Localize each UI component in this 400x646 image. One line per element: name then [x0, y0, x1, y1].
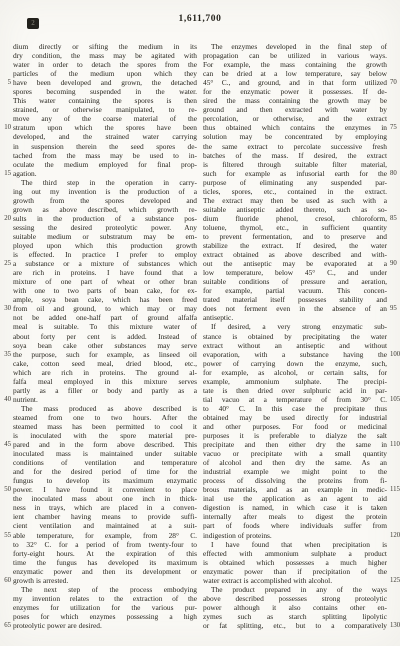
text-line: the inoculated mass about one inch in th… [13, 494, 197, 503]
text-line: toluene, thymol, etc., in sufficient qua… [203, 223, 387, 232]
text-line: a substance or a mixture of substances w… [13, 259, 197, 268]
text-line: grown as above described, which growth r… [13, 205, 197, 214]
text-line: sults in the production of a substance p… [13, 214, 197, 223]
text-line: precipitate and then either dry the same… [203, 440, 387, 449]
text-line: with one to two parts of bean cake, for … [13, 286, 197, 295]
text-line: have been developed and grown, the detac… [13, 78, 197, 87]
text-line: ness in trays, which are placed in a con… [13, 503, 197, 512]
margin-line-number: 105 [390, 395, 400, 404]
text-line: oculate the medium employed for final pr… [13, 160, 197, 169]
text-line: stabilize the extract. If desired, the w… [203, 241, 387, 250]
text-line: The next step of the process embodying [13, 585, 197, 594]
text-line: vacuo or precipitate with a small quanti… [203, 449, 387, 458]
text-line: batches of the mass. If desired, the ext… [203, 151, 387, 160]
text-line: are rich in proteins. I have found that … [13, 268, 197, 277]
text-line: enzymatic power than if precipitation of… [203, 567, 387, 576]
margin-line-number: 20 [0, 214, 11, 223]
text-line: pared and in the form above described. T… [13, 440, 197, 449]
text-line: for example, as alcohol, or certain salt… [203, 368, 387, 377]
text-line: and other purposes. For food or medicina… [203, 422, 387, 431]
text-line: enzymatic power and then its development… [13, 567, 197, 576]
text-line: for the enzymatic power it possesses. If… [203, 87, 387, 96]
text-line: example, ammonium sulphate. The precipi- [203, 377, 387, 386]
margin-line-number: 30 [0, 304, 11, 313]
text-line: stance is obtained by precipitating the … [203, 332, 387, 341]
margin-line-number: 100 [390, 350, 400, 359]
margin-line-number: 90 [390, 259, 400, 268]
text-line: able temperature, for example, from 28° … [13, 531, 197, 540]
text-line: steamed from one to two hours. After the [13, 413, 197, 422]
text-line: the purpose, such for example, as linsee… [13, 350, 197, 359]
text-line: is obtained which possesses a much highe… [203, 558, 387, 567]
text-line: part of foods where individuals suffer f… [203, 521, 387, 530]
text-line: internally after meals to digest the pro… [203, 512, 387, 521]
text-line: The mass produced as above described is [13, 404, 197, 413]
text-line: sessing the desired proteolytic power. A… [13, 223, 197, 232]
text-line: process of dissolving the proteins from … [203, 476, 387, 485]
text-line: growth from the spores developed and [13, 196, 197, 205]
text-line: This water containing the spores is then [13, 96, 197, 105]
text-line: For example, the mass containing the gro… [203, 60, 387, 69]
text-line: from oil and ground, to which may or may [13, 304, 197, 313]
text-line: obtained may be used directly for indust… [203, 413, 387, 422]
text-line: out the antiseptic may be evaporated at … [203, 259, 387, 268]
text-line: ground and then extracted with water by [203, 105, 387, 114]
text-line: or fat splitting, etc., but to a compara… [203, 621, 387, 630]
margin-line-number: 125 [390, 576, 400, 585]
text-line: time the fungus has developed its maximu… [13, 558, 197, 567]
text-line: The extract may then be used as such wit… [203, 196, 387, 205]
text-line: and for the desired period of time for t… [13, 467, 197, 476]
text-line: ing out my invention is the production o… [13, 187, 197, 196]
text-line: soya bean cake other substances may serv… [13, 341, 197, 350]
text-line: antiseptic. [203, 313, 387, 322]
text-line: indigestion of proteins. [203, 531, 387, 540]
margin-line-number: 5 [0, 78, 11, 87]
text-line: The third step in the operation in carry… [13, 178, 197, 187]
text-line: fungus to develop its maximum enzymatic [13, 476, 197, 485]
text-line: such for example as infusorial earth for… [203, 169, 387, 178]
left-column: dium directly or sifting the medium in i… [13, 42, 197, 630]
text-line: does not ferment even in the absence of … [203, 304, 387, 313]
patent-page: 2 1,611,700 dium directly or sifting the… [0, 0, 400, 646]
text-line: tate is then dried over sulphuric acid i… [203, 386, 387, 395]
text-line: I have found that when precipitation is [203, 540, 387, 549]
text-line: agation. [13, 169, 197, 178]
text-line: ample, soya bean cake, which has been fr… [13, 295, 197, 304]
text-line: poses for which enzymes possessing a hig… [13, 612, 197, 621]
text-line: extract without an antiseptic and withou… [203, 341, 387, 350]
text-line: effected with ammonium sulphate a produc… [203, 549, 387, 558]
text-line: partly as a filler or body and partly as… [13, 386, 197, 395]
text-line: suitable medium or substratum may be em- [13, 232, 197, 241]
text-line: power of carrying down the enzyme, such, [203, 359, 387, 368]
text-line: power although it also contains other en… [203, 603, 387, 612]
text-line: growth is arrested. [13, 576, 197, 585]
text-line: solution may be concentrated by employin… [203, 132, 387, 141]
text-line: dry condition, the mass may be agitated … [13, 51, 197, 60]
margin-line-number: 25 [0, 259, 11, 268]
text-line: for example, partial vacuum. This concen… [203, 286, 387, 295]
text-line: propagation can be utilized in various w… [203, 51, 387, 60]
text-line: is inoculated with the spore material pr… [13, 431, 197, 440]
margin-line-number: 10 [0, 123, 11, 132]
text-line: which are rich in proteins. The ground a… [13, 368, 197, 377]
margin-line-number: 35 [0, 350, 11, 359]
text-line: purposes it is preferable to dialyze the… [203, 431, 387, 440]
text-line: suitable conditions of pressure and aera… [203, 277, 387, 286]
text-line: dium directly or sifting the medium in i… [13, 42, 197, 51]
text-line: proteolytic power are desired. [13, 621, 197, 630]
text-line: brous materials, and as an example in me… [203, 485, 387, 494]
margin-line-number: 115 [390, 485, 400, 494]
margin-line-number: 45 [0, 440, 11, 449]
text-line: above described possesses strong proteol… [203, 594, 387, 603]
margin-line-number: 65 [0, 621, 11, 630]
margin-line-number: 70 [390, 78, 400, 87]
patent-number: 1,611,700 [0, 14, 400, 24]
text-line: in suspension therein the seed spores de… [13, 142, 197, 151]
text-line: digestion is named, in which case it is … [203, 503, 387, 512]
text-line: falfa meal employed in this mixture serv… [13, 377, 197, 386]
text-line: is filtered through suitable filter mate… [203, 160, 387, 169]
text-line: spores becoming suspended in the water. [13, 87, 197, 96]
text-line: water extract is accomplished with alcoh… [203, 576, 387, 585]
margin-line-number: 60 [0, 576, 11, 585]
text-line: evaporation, with a substance having the [203, 350, 387, 359]
text-line: sired the mass containing the growth may… [203, 96, 387, 105]
text-line: tial vacuo at a temperature of from 30° … [203, 395, 387, 404]
margin-line-number: 75 [390, 123, 400, 132]
margin-line-number: 110 [390, 440, 400, 449]
text-line: enzymes for utilization for the various … [13, 603, 197, 612]
text-line: the same extract to percolate successive… [203, 142, 387, 151]
text-line: ient chamber having means to provide suf… [13, 512, 197, 521]
text-line: The enzymes developed in the final step … [203, 42, 387, 51]
text-line: inal use the application as an agent to … [203, 494, 387, 503]
text-line: industrial example we might point to the [203, 467, 387, 476]
text-line: to 32° C. for a period of from twenty-fo… [13, 540, 197, 549]
text-line: extract obtained as above described and … [203, 250, 387, 259]
text-line: percolation, or otherwise, and the extra… [203, 114, 387, 123]
text-line: nutrient. [13, 395, 197, 404]
text-line: to prevent fermentation, and to preserve… [203, 232, 387, 241]
text-line: low temperature, below 45° C., and under [203, 268, 387, 277]
text-line: water in order to detach the spores from… [13, 60, 197, 69]
text-line: mixture of one part of wheat or other br… [13, 277, 197, 286]
text-line: The product prepared in any of the ways [203, 585, 387, 594]
margin-line-number: 85 [390, 214, 400, 223]
text-line: inoculated mass is maintained under suit… [13, 449, 197, 458]
text-line: my invention relates to the extraction o… [13, 594, 197, 603]
text-line: about forty per cent is added. Instead o… [13, 332, 197, 341]
text-line: stratum upon which the spores have been [13, 123, 197, 132]
text-line: not be added one-half part of ground alf… [13, 313, 197, 322]
text-line: developed, and the strained water carryi… [13, 132, 197, 141]
text-line: conditions of ventilation and temperatur… [13, 458, 197, 467]
margin-line-number: 80 [390, 169, 400, 178]
text-line: can be dried at a low temperature, say b… [203, 69, 387, 78]
text-line: forty-eight hours. At the expiration of … [13, 549, 197, 558]
text-line: zymes such as starch splitting lipolytic [203, 612, 387, 621]
text-line: dium fluoride phenol, cresol, chloroform… [203, 214, 387, 223]
margin-line-number: 15 [0, 169, 11, 178]
text-line: cake, cotton seed meal, dried blood, etc… [13, 359, 197, 368]
margin-line-number: 55 [0, 531, 11, 540]
text-line: cient ventilation and maintained at a su… [13, 521, 197, 530]
margin-line-number: 40 [0, 395, 11, 404]
text-line: steamed mass has been permitted to cool … [13, 422, 197, 431]
text-line: ticles, spores, etc., contained in the e… [203, 187, 387, 196]
text-line: If desired, a very strong enzymatic sub- [203, 322, 387, 331]
margin-line-number: 130 [390, 621, 400, 630]
text-line: to 40° C. In this case the precipitate t… [203, 404, 387, 413]
text-line: tached from the mass may be used to in- [13, 151, 197, 160]
text-line: ployed upon which this production growth [13, 241, 197, 250]
text-line: strained, or otherwise manipulated, to r… [13, 105, 197, 114]
text-line: particles of the medium upon which they [13, 69, 197, 78]
text-line: purpose of eliminating any suspended par… [203, 178, 387, 187]
text-line: meal is suitable. To this mixture water … [13, 322, 197, 331]
margin-line-number: 120 [390, 531, 400, 540]
margin-line-number: 95 [390, 304, 400, 313]
text-line: trated material itself possesses stabili… [203, 295, 387, 304]
text-line: suitable antiseptic added thereto, such … [203, 205, 387, 214]
text-line: move any of the coarse material of the [13, 114, 197, 123]
text-line: of alcohol and then dry the same. As an [203, 458, 387, 467]
text-line: thus obtained which contains the enzymes… [203, 123, 387, 132]
text-line: 45° C., and ground, and in that form uti… [203, 78, 387, 87]
text-line: power. I have found it convenient to pla… [13, 485, 197, 494]
right-column: The enzymes developed in the final step … [203, 42, 387, 630]
text-line: is effected. In practice I prefer to emp… [13, 250, 197, 259]
margin-line-number: 50 [0, 485, 11, 494]
